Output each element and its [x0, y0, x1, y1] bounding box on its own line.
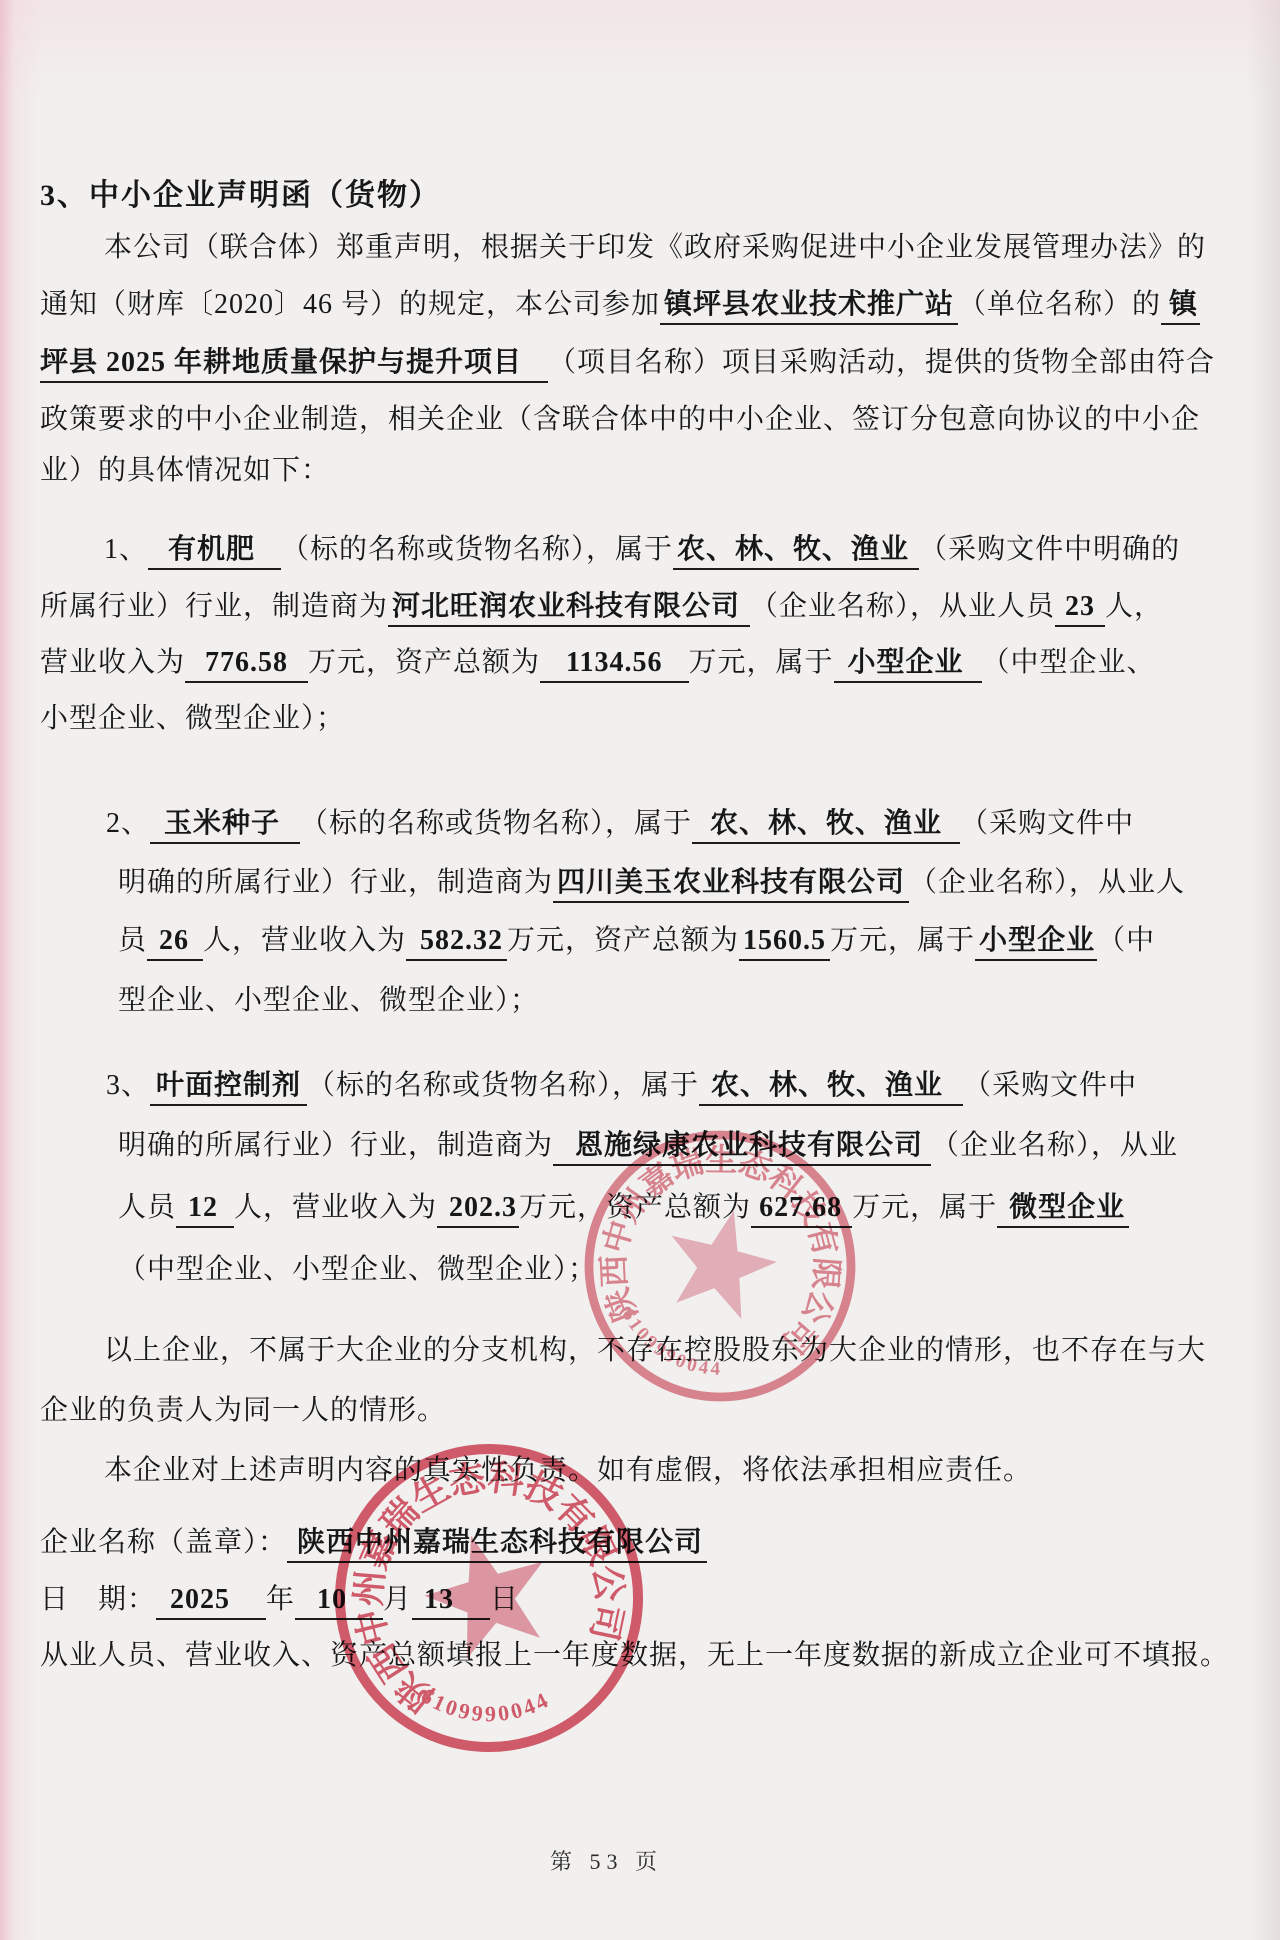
filled-blank: 农、林、牧、渔业 — [692, 806, 960, 844]
text-segment: 2、 — [106, 806, 150, 842]
text-segment: 万元， — [519, 1190, 606, 1226]
text-segment: 万元，属于 — [852, 1190, 997, 1226]
filled-blank: 12 — [176, 1190, 234, 1228]
filled-blank: 坪县 2025 年耕地质量保护与提升项目 — [40, 345, 548, 383]
filled-blank: 13 — [412, 1582, 490, 1620]
text-segment: 日 期： — [40, 1582, 156, 1618]
filled-blank: 小型企业 — [834, 645, 982, 683]
filled-blank: 镇 — [1161, 287, 1200, 325]
text-segment: 型企业、小型企业、微型企业）； — [118, 983, 539, 1019]
text-segment: 业）的具体情况如下： — [40, 453, 330, 489]
text-line: 明确的所属行业）行业，制造商为四川美玉农业科技有限公司（企业名称），从业人 — [118, 865, 1185, 903]
text-line: 2、玉米种子（标的名称或货物名称），属于农、林、牧、渔业（采购文件中 — [106, 806, 1134, 844]
filled-blank: 镇坪县农业技术推广站 — [660, 287, 958, 325]
text-line: 日 期：2025年10月13日 — [40, 1582, 519, 1620]
text-segment: 万元，资产总额为 — [507, 923, 739, 959]
text-line: 1、有机肥（标的名称或货物名称），属于农、林、牧、渔业（采购文件中明确的 — [104, 532, 1180, 570]
filled-blank: 26 — [147, 923, 203, 961]
text-segment: 日 — [490, 1582, 519, 1618]
filled-blank: 河北旺润农业科技有限公司 — [388, 589, 750, 627]
text-segment: （企业名称），从业 — [931, 1128, 1178, 1164]
text-segment: 营业收入为 — [40, 645, 185, 681]
text-line: 型企业、小型企业、微型企业）； — [118, 983, 539, 1019]
text-segment: （标的名称或货物名称），属于 — [281, 532, 673, 568]
text-segment: 以上企业，不属于大企业的分支机构，不存在控股股东为大企业的情形，也不存在与大 — [104, 1333, 1206, 1369]
text-segment: 3、 — [106, 1068, 150, 1104]
page-number: 第 53 页 — [550, 1845, 663, 1876]
text-line: 员26人，营业收入为582.32万元，资产总额为1560.5万元，属于小型企业（… — [118, 923, 1155, 961]
text-segment: （采购文件中 — [960, 806, 1134, 842]
filled-blank: 陕西中州嘉瑞生态科技有限公司 — [287, 1525, 707, 1563]
text-segment: 1、 — [104, 532, 148, 568]
text-line: 企业的负责人为同一人的情形。 — [40, 1393, 446, 1429]
text-line: 人员12人，营业收入为202.3万元，资产总额为627.68万元，属于微型企业 — [118, 1190, 1129, 1228]
text-segment: 企业名称（盖章）： — [40, 1525, 287, 1561]
text-segment: 所属行业）行业，制造商为 — [40, 589, 388, 625]
text-segment: （中型企业、 — [982, 645, 1156, 681]
text-segment: 人，营业收入为 — [234, 1190, 437, 1226]
filled-blank: 10 — [295, 1582, 383, 1620]
text-segment: （项目名称）项目采购活动，提供的货物全部由符合 — [548, 345, 1215, 381]
text-line: 企业名称（盖章）：陕西中州嘉瑞生态科技有限公司 — [40, 1525, 707, 1563]
filled-blank: 2025 — [156, 1582, 266, 1620]
text-segment: 通知（财库〔2020〕46 号）的规定，本公司参加 — [40, 287, 660, 323]
text-line: 营业收入为776.58万元，资产总额为1134.56万元，属于小型企业（中型企业… — [40, 645, 1156, 683]
text-segment: 人员 — [118, 1190, 176, 1226]
filled-blank: 23 — [1055, 589, 1105, 627]
text-line: 从业人员、营业收入、资产总额填报上一年度数据，无上一年度数据的新成立企业可不填报… — [40, 1638, 1229, 1674]
text-segment: （企业名称），从业人 — [909, 865, 1185, 901]
text-line: 所属行业）行业，制造商为河北旺润农业科技有限公司（企业名称），从业人员23人， — [40, 589, 1163, 627]
filled-blank: 小型企业 — [975, 923, 1097, 961]
text-segment: 从业人员、营业收入、资产总额填报上一年度数据，无上一年度数据的新成立企业可不填报… — [40, 1638, 1229, 1674]
filled-blank: 1134.56 — [540, 645, 688, 683]
text-segment: 本企业对上述声明内容的真实性负责。如有虚假，将依法承担相应责任。 — [104, 1453, 1032, 1489]
text-segment: （采购文件中 — [963, 1068, 1137, 1104]
text-segment: 政策要求的中小企业制造，相关企业（含联合体中的中小企业、签订分包意向协议的中小企 — [40, 402, 1200, 438]
text-line: 明确的所属行业）行业，制造商为恩施绿康农业科技有限公司（企业名称），从业 — [118, 1128, 1178, 1166]
filled-blank: 恩施绿康农业科技有限公司 — [553, 1128, 931, 1166]
text-segment: 明确的所属行业）行业，制造商为 — [118, 1128, 553, 1164]
text-segment: 人，营业收入为 — [203, 923, 406, 959]
text-segment: 月 — [383, 1582, 412, 1618]
text-line: 业）的具体情况如下： — [40, 453, 330, 489]
filled-blank: 玉米种子 — [150, 806, 300, 844]
filled-blank: 农、林、牧、渔业 — [673, 532, 919, 570]
text-segment: 万元，资产总额为 — [308, 645, 540, 681]
filled-blank: 1560.5 — [739, 923, 830, 961]
filled-blank: 627.68 — [751, 1190, 852, 1228]
filled-blank: 四川美玉农业科技有限公司 — [553, 865, 909, 903]
text-segment: 万元，属于 — [830, 923, 975, 959]
text-line: 3、叶面控制剂（标的名称或货物名称），属于农、林、牧、渔业（采购文件中 — [106, 1068, 1137, 1106]
text-segment: 年 — [266, 1582, 295, 1618]
text-segment: （标的名称或货物名称），属于 — [300, 806, 692, 842]
text-segment: （采购文件中明确的 — [919, 532, 1180, 568]
document-title: 3、中小企业声明函（货物） — [40, 178, 441, 214]
text-segment: 人， — [1105, 589, 1163, 625]
filled-blank: 202.3 — [437, 1190, 519, 1228]
text-line: 以上企业，不属于大企业的分支机构，不存在控股股东为大企业的情形，也不存在与大 — [104, 1333, 1206, 1369]
filled-blank: 叶面控制剂 — [150, 1068, 307, 1106]
text-segment: （企业名称），从业人员 — [750, 589, 1055, 625]
text-segment: 企业的负责人为同一人的情形。 — [40, 1393, 446, 1429]
text-line: 本公司（联合体）郑重声明，根据关于印发《政府采购促进中小企业发展管理办法》的 — [104, 230, 1206, 266]
text-segment: （中 — [1097, 923, 1155, 959]
filled-blank: 农、林、牧、渔业 — [699, 1068, 963, 1106]
scanned-document-page: 3、中小企业声明函（货物）本公司（联合体）郑重声明，根据关于印发《政府采购促进中… — [0, 0, 1280, 1940]
filled-blank: 微型企业 — [997, 1190, 1129, 1228]
text-segment: 3、中小企业声明函（货物） — [40, 178, 441, 214]
text-segment: 本公司（联合体）郑重声明，根据关于印发《政府采购促进中小企业发展管理办法》的 — [104, 230, 1206, 266]
text-segment: （中型企业、小型企业、微型企业）； — [118, 1252, 597, 1288]
text-segment: 资产总额为 — [606, 1190, 751, 1226]
text-line: 小型企业、微型企业）； — [40, 701, 345, 737]
text-segment: 明确的所属行业）行业，制造商为 — [118, 865, 553, 901]
text-segment: 小型企业、微型企业）； — [40, 701, 345, 737]
text-line: 政策要求的中小企业制造，相关企业（含联合体中的中小企业、签订分包意向协议的中小企 — [40, 402, 1200, 438]
text-line: （中型企业、小型企业、微型企业）； — [118, 1252, 597, 1288]
text-line: 坪县 2025 年耕地质量保护与提升项目（项目名称）项目采购活动，提供的货物全部… — [40, 345, 1215, 383]
filled-blank: 776.58 — [185, 645, 308, 683]
text-segment: 员 — [118, 923, 147, 959]
text-segment: （单位名称）的 — [958, 287, 1161, 323]
text-line: 通知（财库〔2020〕46 号）的规定，本公司参加镇坪县农业技术推广站（单位名称… — [40, 287, 1200, 325]
filled-blank: 582.32 — [406, 923, 507, 961]
text-segment: （标的名称或货物名称），属于 — [307, 1068, 699, 1104]
filled-blank: 有机肥 — [148, 532, 281, 570]
text-line: 本企业对上述声明内容的真实性负责。如有虚假，将依法承担相应责任。 — [104, 1453, 1032, 1489]
text-segment: 万元，属于 — [689, 645, 834, 681]
